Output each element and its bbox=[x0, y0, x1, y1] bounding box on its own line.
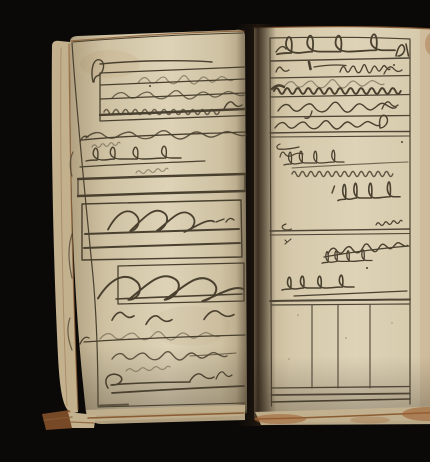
foxing-blob bbox=[254, 414, 306, 424]
paper-speck bbox=[391, 322, 393, 324]
book-photo-canvas bbox=[40, 16, 430, 446]
ink-dot bbox=[149, 85, 151, 87]
ink-dot bbox=[366, 267, 368, 269]
ink-dot bbox=[393, 64, 395, 66]
printed-micro-mark bbox=[100, 405, 128, 406]
ink-dot bbox=[401, 141, 403, 143]
paper-speck bbox=[297, 314, 299, 316]
paper-speck bbox=[345, 337, 347, 339]
bold-figure-one-dash bbox=[309, 62, 311, 69]
foxing-blob bbox=[350, 417, 390, 424]
manuscript-photo bbox=[40, 16, 430, 446]
paper-speck bbox=[288, 358, 290, 360]
